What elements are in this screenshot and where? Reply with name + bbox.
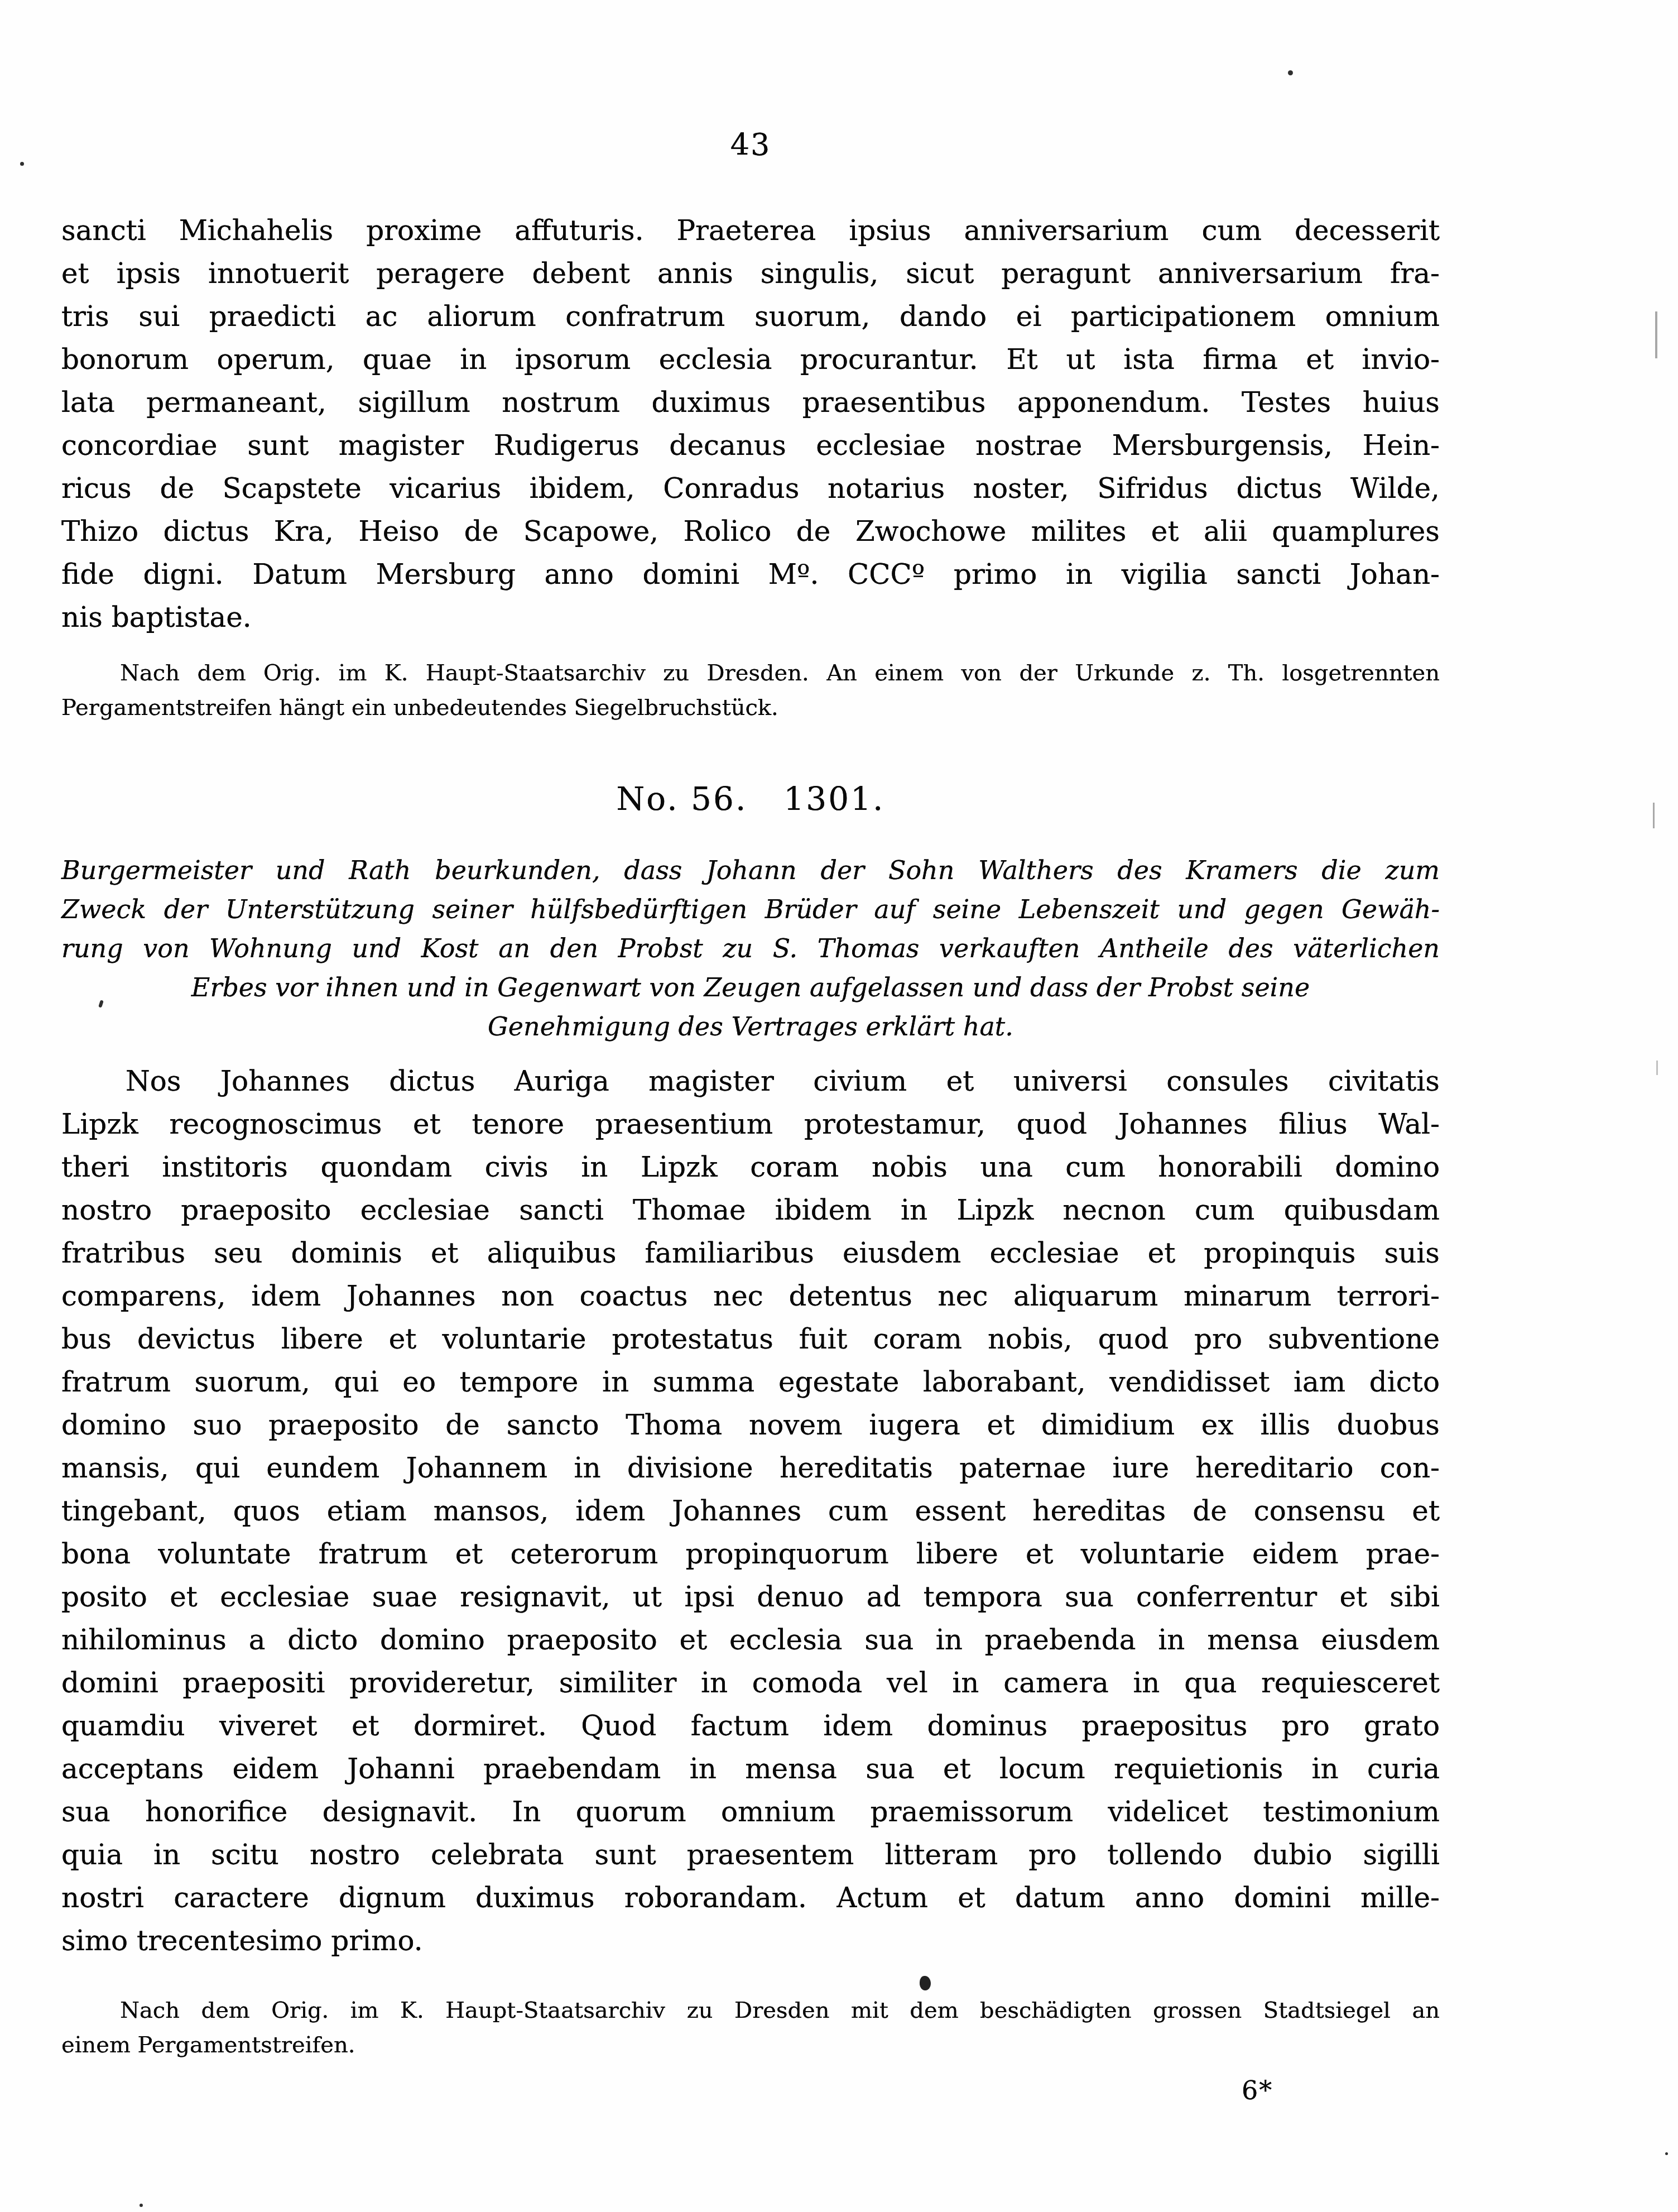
- text-line: Burgermeister und Rath beurkunden, dass …: [61, 851, 1440, 890]
- text-line: theri institoris quondam civis in Lipzk …: [61, 1146, 1440, 1189]
- ink-speck: [20, 162, 24, 166]
- ink-speck: [140, 2204, 143, 2207]
- text-line: Thizo dictus Kra, Heiso de Scapowe, Roli…: [61, 510, 1440, 553]
- text-line: nostro praeposito ecclesiae sancti Thoma…: [61, 1189, 1440, 1232]
- text-line: mansis, qui eundem Johannem in divisione…: [61, 1447, 1440, 1490]
- entry-56-latin-text: Nos Johannes dictus Auriga magister civi…: [61, 1060, 1440, 1963]
- text-line: Genehmigung des Vertrages erklärt hat.: [61, 1007, 1440, 1046]
- text-line: einem Pergamentstreifen.: [61, 2028, 1440, 2062]
- text-line: Lipzk recognoscimus et tenore praesentiu…: [61, 1103, 1440, 1146]
- text-line: acceptans eidem Johanni praebendam in me…: [61, 1748, 1440, 1791]
- entry-56-heading: No. 56.1301.: [61, 778, 1440, 820]
- text-line: simo trecentesimo primo.: [61, 1920, 1440, 1963]
- ink-speck: [1288, 70, 1293, 75]
- scan-edge-artifact: [1656, 1061, 1658, 1075]
- scan-edge-artifact: [1655, 311, 1657, 358]
- text-line: quamdiu viveret et dormiret. Quod factum…: [61, 1705, 1440, 1748]
- scanned-book-page: 43 sancti Michahelis proxime affuturis. …: [0, 0, 1678, 2212]
- text-line: quia in scitu nostro celebrata sunt prae…: [61, 1834, 1440, 1877]
- entry-55-latin-text: sancti Michahelis proxime affuturis. Pra…: [61, 209, 1440, 639]
- entry-56-german-summary: Burgermeister und Rath beurkunden, dass …: [61, 851, 1440, 1046]
- text-line: Nach dem Orig. im K. Haupt-Staatsarchiv …: [61, 1993, 1440, 2028]
- text-line: ricus de Scapstete vicarius ibidem, Conr…: [61, 467, 1440, 510]
- scan-edge-artifact: [1653, 803, 1655, 828]
- text-block: 43 sancti Michahelis proxime affuturis. …: [61, 0, 1440, 2062]
- text-line: bus devictus libere et voluntarie protes…: [61, 1318, 1440, 1361]
- ink-blot: [920, 1976, 931, 1990]
- text-line: lata permaneant, sigillum nostrum duximu…: [61, 381, 1440, 424]
- text-line: tingebant, quos etiam mansos, idem Johan…: [61, 1490, 1440, 1533]
- text-line: tris sui praedicti ac aliorum confratrum…: [61, 295, 1440, 338]
- text-line: concordiae sunt magister Rudigerus decan…: [61, 424, 1440, 467]
- text-line: fratribus seu dominis et aliquibus famil…: [61, 1232, 1440, 1275]
- text-line: sua honorifice designavit. In quorum omn…: [61, 1791, 1440, 1834]
- text-line: posito et ecclesiae suae resignavit, ut …: [61, 1576, 1440, 1619]
- signature-mark: 6*: [1242, 2075, 1273, 2105]
- text-line: Erbes vor ihnen und in Gegenwart von Zeu…: [61, 968, 1440, 1007]
- text-line: domino suo praeposito de sancto Thoma no…: [61, 1404, 1440, 1447]
- text-line: Pergamentstreifen hängt ein unbedeutende…: [61, 690, 1440, 725]
- text-line: domini praepositi provideretur, similite…: [61, 1662, 1440, 1705]
- text-line: rung von Wohnung und Kost an den Probst …: [61, 929, 1440, 968]
- text-line: fratrum suorum, qui eo tempore in summa …: [61, 1361, 1440, 1404]
- text-line: bonorum operum, quae in ipsorum ecclesia…: [61, 338, 1440, 381]
- text-line: nostri caractere dignum duximus roborand…: [61, 1877, 1440, 1920]
- text-line: fide digni. Datum Mersburg anno domini M…: [61, 553, 1440, 596]
- entry-56-number: No. 56.: [617, 780, 748, 818]
- text-line: bona voluntate fratrum et ceterorum prop…: [61, 1533, 1440, 1576]
- entry-56-source-note: Nach dem Orig. im K. Haupt-Staatsarchiv …: [61, 1993, 1440, 2062]
- text-line: nis baptistae.: [61, 596, 1440, 639]
- page-number: 43: [61, 126, 1440, 165]
- text-line: Zweck der Unterstützung seiner hülfsbedü…: [61, 890, 1440, 929]
- text-line: nihilominus a dicto domino praeposito et…: [61, 1619, 1440, 1662]
- entry-56-year: 1301.: [783, 780, 884, 818]
- ink-speck: [1665, 2152, 1668, 2155]
- text-line: comparens, idem Johannes non coactus nec…: [61, 1275, 1440, 1318]
- text-line: sancti Michahelis proxime affuturis. Pra…: [61, 209, 1440, 252]
- text-line: Nach dem Orig. im K. Haupt-Staatsarchiv …: [61, 656, 1440, 690]
- text-line: et ipsis innotuerit peragere debent anni…: [61, 252, 1440, 295]
- text-line: Nos Johannes dictus Auriga magister civi…: [61, 1060, 1440, 1103]
- entry-55-source-note: Nach dem Orig. im K. Haupt-Staatsarchiv …: [61, 656, 1440, 725]
